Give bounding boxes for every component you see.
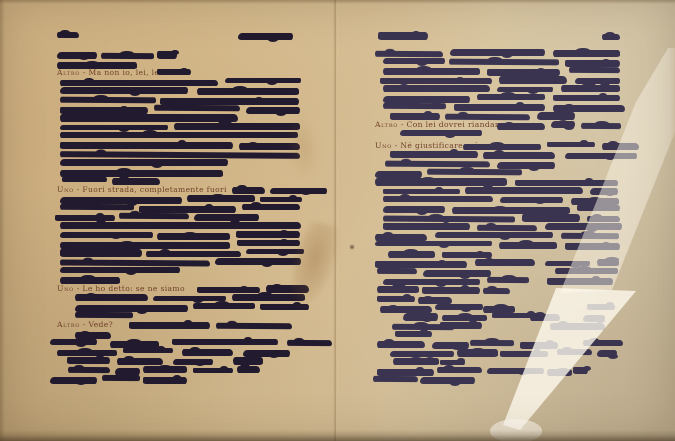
redaction-bar xyxy=(583,315,605,322)
dialogue-text: - Vede? xyxy=(80,320,113,329)
redaction-bar xyxy=(193,303,255,310)
redaction-bar xyxy=(470,340,514,346)
redaction-bar xyxy=(420,377,475,384)
redaction-bar xyxy=(440,322,482,329)
redaction-bar xyxy=(551,121,575,128)
dialogue-text: - Con lei dovrei riandare, xyxy=(398,120,506,129)
redaction-bar xyxy=(225,78,301,84)
speaker-label: Uno xyxy=(375,141,392,150)
redaction-bar xyxy=(497,123,545,130)
photo-top-edge xyxy=(0,0,675,4)
redaction-bar xyxy=(422,287,480,294)
redaction-bar xyxy=(232,187,265,194)
redaction-bar xyxy=(60,259,210,266)
dialogue-text: - Le ho detto: se ne siamo xyxy=(74,284,185,293)
redaction-bar xyxy=(215,258,301,265)
speaker-label: Uno xyxy=(57,185,74,194)
redaction-bar xyxy=(463,144,541,151)
redaction-bar xyxy=(383,196,493,203)
redaction-bar xyxy=(60,132,298,139)
redaction-bar xyxy=(60,249,142,256)
redaction-bar xyxy=(581,122,621,128)
redaction-bar xyxy=(375,234,427,241)
redaction-bar xyxy=(375,50,443,56)
redaction-bar xyxy=(50,339,97,345)
redaction-bar xyxy=(388,251,435,258)
redaction-bar xyxy=(383,189,460,195)
redaction-bar xyxy=(553,105,625,112)
redaction-bar xyxy=(216,323,292,329)
redaction-bar xyxy=(75,305,188,312)
redaction-bar xyxy=(157,69,191,75)
redaction-bar xyxy=(423,270,491,277)
redaction-bar xyxy=(553,50,620,57)
redaction-bar xyxy=(60,125,168,131)
redaction-bar xyxy=(373,376,418,382)
redaction-bar xyxy=(587,216,620,223)
speaker-label: Altro xyxy=(375,120,398,129)
redaction-bar xyxy=(390,351,454,357)
dialogue-line: Altro - Ma non io, lei, lei xyxy=(57,69,162,77)
redaction-bar xyxy=(573,367,588,374)
redaction-bar xyxy=(565,153,637,159)
redaction-bar xyxy=(75,332,111,339)
redaction-bar xyxy=(60,222,301,229)
redaction-bar xyxy=(475,259,535,266)
redaction-bar xyxy=(60,242,230,249)
redaction-bar xyxy=(432,342,469,349)
redaction-bar xyxy=(449,59,559,65)
dialogue-line: Altro - Vede? xyxy=(57,321,113,329)
redaction-bar xyxy=(60,151,300,158)
redaction-bar xyxy=(174,123,300,130)
redaction-bar xyxy=(377,268,417,274)
redaction-bar xyxy=(497,87,553,93)
redaction-bar xyxy=(457,349,498,356)
redaction-bar xyxy=(102,375,140,381)
redaction-bar xyxy=(395,331,432,338)
paper-speck xyxy=(350,245,354,249)
redaction-bar xyxy=(569,67,620,73)
redaction-bar xyxy=(197,287,260,293)
redaction-bar xyxy=(390,113,440,120)
redaction-bar xyxy=(173,359,213,365)
redaction-bar xyxy=(393,358,439,365)
redaction-bar xyxy=(57,32,79,38)
redaction-bar xyxy=(375,241,492,247)
redaction-bar xyxy=(577,205,620,211)
redaction-bar xyxy=(537,112,575,119)
redaction-bar xyxy=(57,52,97,59)
speaker-label: Altro xyxy=(57,68,80,77)
redaction-bar xyxy=(75,312,133,318)
dialogue-line: Uno - Fuori strada, completamente fuori xyxy=(57,186,227,194)
redaction-bar xyxy=(565,243,620,250)
redaction-bar xyxy=(260,197,302,203)
redaction-bar xyxy=(67,357,110,364)
redaction-bar xyxy=(117,358,163,365)
redaction-bar xyxy=(242,204,300,211)
redaction-bar xyxy=(377,286,419,293)
redaction-bar xyxy=(383,96,470,103)
redaction-bar xyxy=(383,68,480,75)
redaction-bar xyxy=(499,76,567,83)
redaction-bar xyxy=(380,306,432,313)
redaction-bar xyxy=(385,161,490,167)
redaction-bar xyxy=(465,187,583,194)
redaction-bar xyxy=(499,242,557,249)
redaction-bar xyxy=(55,215,115,222)
redaction-bar xyxy=(60,80,218,87)
redaction-bar xyxy=(60,267,180,274)
redaction-bar xyxy=(547,278,613,285)
redaction-bar xyxy=(547,142,595,148)
redaction-bar xyxy=(483,152,555,159)
redaction-bar xyxy=(500,351,548,358)
redaction-bar xyxy=(590,188,618,195)
redaction-bar xyxy=(187,195,255,202)
redaction-bar xyxy=(454,104,545,111)
redaction-bar xyxy=(75,294,148,301)
redaction-bar xyxy=(60,107,148,114)
redaction-bar xyxy=(375,171,422,178)
redaction-bar xyxy=(561,85,620,92)
center-fold-crease xyxy=(333,0,338,441)
redaction-bar xyxy=(50,377,97,384)
redaction-bar xyxy=(500,197,563,203)
redaction-bar xyxy=(437,367,482,374)
redaction-bar xyxy=(194,214,259,221)
redaction-bar xyxy=(60,142,233,149)
redaction-bar xyxy=(522,214,580,221)
redaction-bar xyxy=(119,213,189,219)
book-page-right: Altro - Con lei dovrei riandare,Uno - Né… xyxy=(375,33,660,393)
redaction-bar xyxy=(383,58,445,65)
redaction-bar xyxy=(238,33,293,40)
redaction-bar xyxy=(440,360,465,366)
redaction-bar xyxy=(442,252,492,258)
redaction-bar xyxy=(400,130,482,136)
redaction-bar xyxy=(442,315,487,322)
redaction-bar xyxy=(450,49,545,56)
redaction-bar xyxy=(530,314,560,321)
redaction-bar xyxy=(157,233,230,240)
redaction-bar xyxy=(452,207,570,214)
redaction-bar xyxy=(182,349,233,356)
redaction-bar xyxy=(377,296,415,302)
redaction-bar xyxy=(550,323,605,330)
redaction-bar xyxy=(143,377,187,384)
redaction-bar xyxy=(172,339,278,346)
dialogue-text: - Ma non io, lei, lei xyxy=(80,68,162,77)
redaction-bar xyxy=(602,143,639,150)
redaction-bar xyxy=(68,367,110,373)
photo-of-redacted-book-spread: Altro - Ma non io, lei, leiUno - Fuori s… xyxy=(0,0,675,441)
redaction-bar xyxy=(583,340,623,347)
redaction-bar xyxy=(487,277,529,283)
redaction-bar xyxy=(154,105,240,111)
redaction-bar xyxy=(561,233,619,239)
redaction-bar xyxy=(123,348,173,354)
photo-left-edge xyxy=(0,0,5,441)
redaction-bar xyxy=(197,88,299,95)
redaction-bar xyxy=(237,366,260,373)
redaction-bar xyxy=(101,53,154,59)
photo-bottom-edge xyxy=(0,430,675,441)
redaction-bar xyxy=(139,206,236,213)
redaction-bar xyxy=(143,366,187,373)
redaction-bar xyxy=(575,78,620,85)
book-page-left: Altro - Ma non io, lei, leiUno - Fuori s… xyxy=(57,33,342,393)
redaction-bar xyxy=(377,341,425,348)
speaker-label: Altro xyxy=(57,320,80,329)
redaction-bar xyxy=(487,368,544,374)
redaction-bar xyxy=(60,204,134,210)
redaction-bar xyxy=(60,87,188,94)
redaction-bar xyxy=(60,159,228,166)
redaction-bar xyxy=(236,231,300,238)
dialogue-line: Altro - Con lei dovrei riandare, xyxy=(375,121,507,129)
redaction-bar xyxy=(602,34,620,41)
redaction-bar xyxy=(237,240,300,246)
redaction-bar xyxy=(129,322,210,329)
redaction-bar xyxy=(545,223,622,230)
redaction-bar xyxy=(60,97,156,103)
redaction-bar xyxy=(146,251,241,258)
redaction-bar xyxy=(587,304,615,311)
redaction-bar xyxy=(383,85,490,92)
redaction-bar xyxy=(547,369,572,376)
redaction-bar xyxy=(403,313,438,320)
dialogue-line: Uno - Le ho detto: se ne siamo xyxy=(57,285,185,293)
redaction-bar xyxy=(62,177,107,183)
redaction-bar xyxy=(60,114,238,121)
redaction-bar xyxy=(477,94,545,101)
redaction-bar xyxy=(378,32,428,39)
redaction-bar xyxy=(60,170,223,177)
redaction-bar xyxy=(57,350,117,357)
redaction-bar xyxy=(60,232,153,238)
redaction-bar xyxy=(553,95,620,101)
redaction-bar xyxy=(435,304,483,310)
dialogue-text: - Fuori strada, completamente fuori xyxy=(74,185,227,194)
redaction-bar xyxy=(435,232,553,239)
redaction-bar xyxy=(487,69,560,76)
speaker-label: Uno xyxy=(57,284,74,293)
redaction-bar xyxy=(483,288,510,294)
redaction-bar xyxy=(287,340,332,346)
redaction-bar xyxy=(380,78,492,84)
redaction-bar xyxy=(383,103,446,109)
redaction-bar xyxy=(193,368,233,374)
redaction-bar xyxy=(270,188,327,194)
redaction-bar xyxy=(483,306,515,313)
redaction-bar xyxy=(383,223,470,230)
redaction-bar xyxy=(515,180,618,187)
redaction-bar xyxy=(110,341,159,348)
redaction-bar xyxy=(153,296,226,302)
redaction-bar xyxy=(157,51,177,58)
redaction-bar xyxy=(597,259,619,266)
redaction-bar xyxy=(555,268,618,275)
redaction-bar xyxy=(520,342,558,349)
redaction-bar xyxy=(383,216,515,223)
redaction-bar xyxy=(597,350,617,357)
redaction-bar xyxy=(383,206,445,213)
redaction-bar xyxy=(545,261,590,267)
redaction-bar xyxy=(477,224,537,230)
redaction-bar xyxy=(427,169,522,175)
redaction-bar xyxy=(390,151,478,158)
redaction-bar xyxy=(557,349,592,355)
redaction-bar xyxy=(418,297,452,304)
